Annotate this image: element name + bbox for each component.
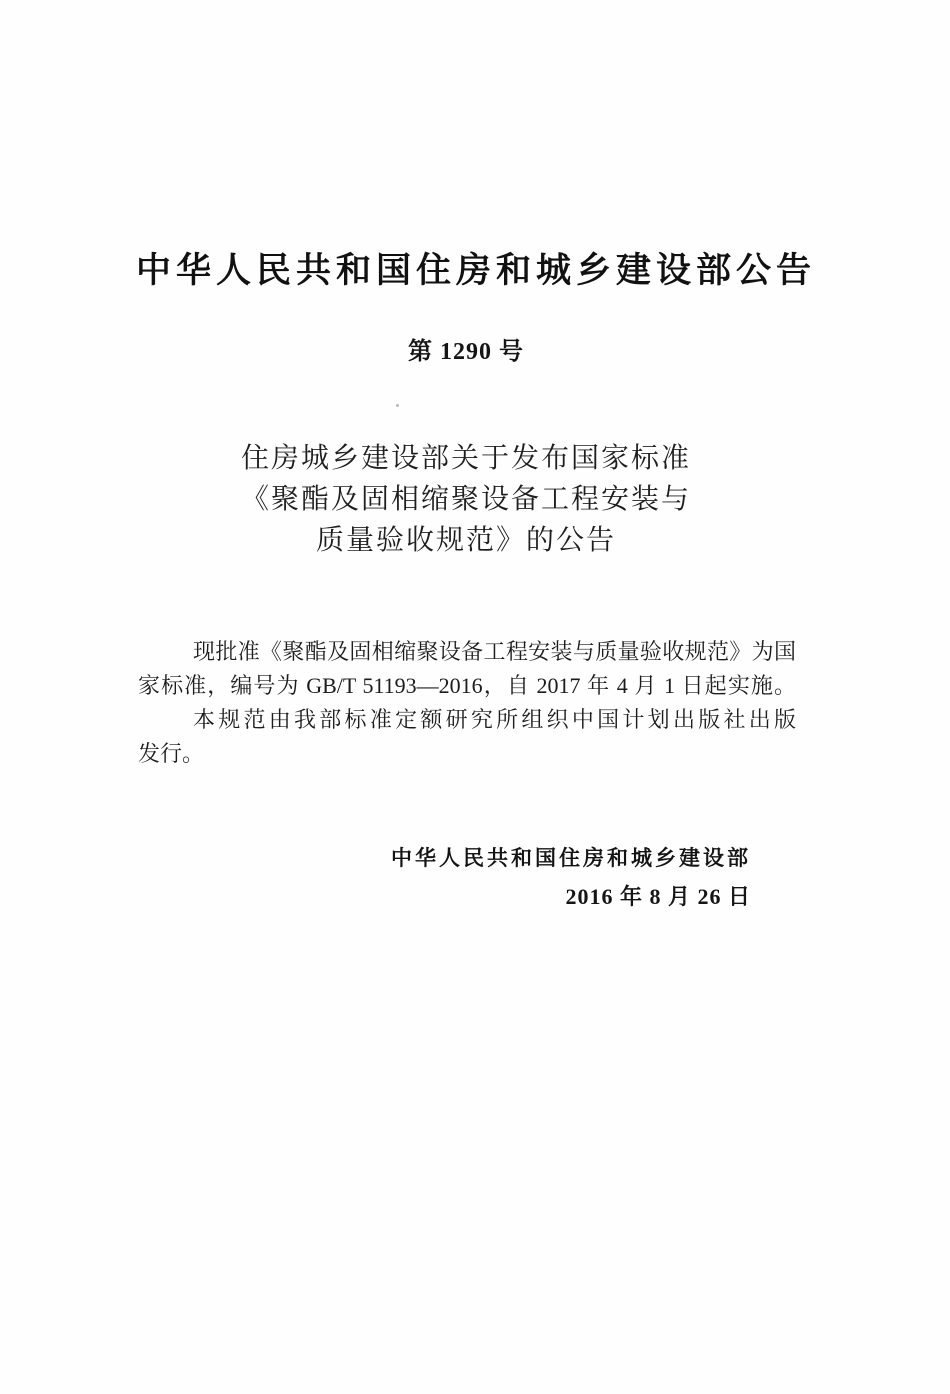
signature-issuer: 中华人民共和国住房和城乡建设部 [391,846,751,872]
subtitle-line: 住房城乡建设部关于发布国家标准 [136,438,796,479]
document-page: 中华人民共和国住房和城乡建设部公告 第 1290 号 住房城乡建设部关于发布国家… [0,0,950,1394]
document-number: 第 1290 号 [136,338,796,366]
body-line: 家标准，编号为 GB/T 51193—2016，自 2017 年 4 月 1 日… [138,669,796,703]
signature-block: 中华人民共和国住房和城乡建设部 2016 年 8 月 26 日 [391,846,751,911]
body-line: 现批准《聚酯及固相缩聚设备工程安装与质量验收规范》为国 [138,635,796,669]
announcement-subtitle: 住房城乡建设部关于发布国家标准 《聚酯及固相缩聚设备工程安装与 质量验收规范》的… [136,438,796,561]
announcement-body: 现批准《聚酯及固相缩聚设备工程安装与质量验收规范》为国 家标准，编号为 GB/T… [138,635,796,771]
announcement-title: 中华人民共和国住房和城乡建设部公告 [136,253,796,289]
body-line: 发行。 [138,737,796,771]
content-area: 中华人民共和国住房和城乡建设部公告 第 1290 号 住房城乡建设部关于发布国家… [136,0,796,1394]
subtitle-line: 质量验收规范》的公告 [136,520,796,561]
subtitle-line: 《聚酯及固相缩聚设备工程安装与 [136,479,796,520]
signature-date: 2016 年 8 月 26 日 [391,883,751,911]
scan-speck-artifact [396,404,399,407]
body-line: 本规范由我部标准定额研究所组织中国计划出版社出版 [138,703,796,737]
